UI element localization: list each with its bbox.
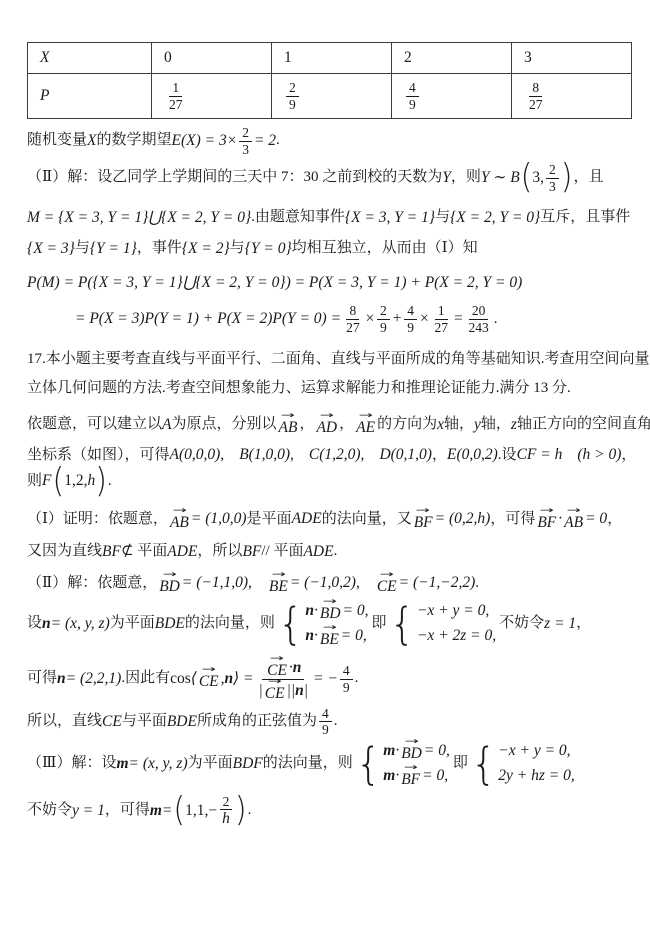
vector: →AE — [356, 414, 375, 436]
text-run: 立体几何问题的方法.考查空间想象能力、运算求解能力和推理论证能力.满分 13 分… — [27, 378, 571, 400]
math-run: = — [453, 308, 463, 330]
text-run: ，且 — [573, 167, 603, 189]
math-run: · — [395, 740, 399, 762]
math-run: · — [314, 625, 318, 647]
text-run: . — [334, 541, 338, 563]
text-run — [224, 445, 239, 467]
text-run: . — [276, 130, 280, 152]
fraction-numerator: 4 — [340, 663, 353, 680]
left-paren-icon: ( — [521, 164, 533, 193]
math-run: = (−1,0,2), — [290, 572, 360, 594]
vector-arrow-icon: → — [162, 573, 176, 578]
bold-math-run: n — [57, 668, 66, 690]
math-run: ADE — [303, 541, 333, 563]
upright-run: cos — [170, 668, 191, 690]
math-run: = (x, y, z) — [129, 753, 188, 775]
text-run — [562, 445, 577, 467]
text-line: 又因为直线 BF ⊄ 平面 ADE，所以 BF // 平面 ADE . — [27, 541, 630, 563]
vector: →BE — [320, 626, 339, 648]
math-run: BF — [102, 541, 121, 563]
math-run: = P(X = 3)P(Y = 1) + P(X = 2)P(Y = 0) = — [75, 308, 341, 330]
text-line: 可得 n = (2,2,1) .因此有 cos⟨→CE,n⟩ = →CE·n| … — [27, 657, 630, 702]
text-run: 为平面 — [110, 613, 155, 635]
vector-arrow-icon: → — [320, 414, 334, 419]
text-run: .设 — [498, 445, 517, 467]
fraction-numerator: 8 — [346, 303, 359, 320]
right-paren-icon: ) — [561, 164, 573, 193]
math-run: + — [392, 308, 402, 330]
text-line: M = {X = 3, Y = 1}⋃{X = 2, Y = 0}.由题意知事件… — [27, 207, 630, 229]
paren-group: (1,1,−2h) — [173, 794, 246, 828]
text-line: 立体几何问题的方法.考查空间想象能力、运算求解能力和推理论证能力.满分 13 分… — [27, 378, 630, 400]
text-line: 所以，直线 CE 与平面 BDE 所成角的正弦值为 49 . — [27, 706, 630, 738]
vector: →CE — [267, 657, 287, 679]
math-run: M = {X = 3, Y = 1}⋃{X = 2, Y = 0} — [27, 207, 251, 229]
math-run: = (1,0,0) — [191, 508, 247, 530]
text-run: 轴， — [444, 414, 474, 436]
fraction-denominator: 9 — [404, 320, 417, 336]
fraction-denominator: 3 — [546, 179, 559, 195]
math-run: ADE — [167, 541, 197, 563]
text-run: 不妨令 — [27, 800, 72, 822]
bold-math-run: m — [383, 740, 395, 762]
table-row-p: P 127 29 49 827 — [28, 74, 632, 119]
table-cell: X — [28, 43, 152, 74]
text-run: （Ⅰ）证明：依题意， — [27, 509, 168, 531]
math-run: CE — [102, 711, 122, 733]
text-run: . — [108, 471, 112, 493]
text-line: 17.本小题主要考查直线与平面平行、二面角、直线与平面所成的角等基础知识.考查用… — [27, 349, 630, 371]
fraction-denominator: 243 — [465, 320, 491, 336]
fraction-denominator: 9 — [319, 722, 332, 738]
bold-math-run: n — [305, 625, 314, 647]
math-run: CF = h — [517, 444, 563, 466]
fraction: 49 — [404, 303, 417, 335]
math-run: = (0,2,h) — [435, 508, 491, 530]
text-line: （Ⅰ）证明：依题意， →AB = (1,0,0) 是平面 ADE 的法向量，又→… — [27, 508, 630, 530]
math-run: · — [395, 765, 399, 787]
vector: →BD — [320, 600, 341, 622]
math-run: −x + y = 0, — [498, 740, 570, 762]
text-run: 设 — [27, 613, 42, 635]
math-run: | — [304, 682, 308, 700]
math-run: X — [87, 130, 96, 152]
vector-arrow-icon: → — [403, 766, 417, 771]
math-run: = (−1,−2,2) — [399, 572, 476, 594]
text-run: （Ⅱ）解：依题意， — [27, 573, 157, 595]
vector: →BF — [414, 509, 433, 531]
math-run: | — [259, 682, 263, 700]
fraction: 49 — [340, 663, 353, 695]
equation-row: m·→BF = 0, — [383, 765, 450, 787]
x-value: 3 — [524, 49, 532, 66]
math-run: BDF — [233, 753, 263, 775]
math-run: = 2 — [254, 130, 276, 152]
table-cell: P — [28, 74, 152, 119]
text-run: ， — [299, 414, 314, 436]
math-run: || — [287, 682, 296, 700]
text-line: （Ⅱ）解：依题意， →BD = (−1,1,0), →BE = (−1,0,2)… — [27, 572, 630, 594]
math-run: BDE — [167, 711, 197, 733]
fraction-numerator: 20 — [469, 303, 489, 320]
vector-name: BD — [401, 745, 422, 762]
text-line: 不妨令 y = 1，可得 m = (1,1,−2h) . — [27, 794, 630, 828]
solution-text: 随机变量 X 的数学期望E(X) = 3×23 = 2 .（Ⅱ）解：设乙同学上学… — [27, 125, 630, 828]
text-run: 与 — [435, 207, 450, 229]
math-run: A — [162, 414, 171, 436]
table-cell: 827 — [512, 74, 632, 119]
equation-row: −x + y = 0, — [417, 600, 496, 622]
math-run: {X = 2, Y = 0} — [450, 207, 540, 229]
equation-system: {m·→BD = 0,m·→BF = 0, — [356, 740, 450, 788]
left-paren-icon: ( — [52, 467, 64, 496]
paren-inner: 3,23 — [532, 162, 560, 194]
equation-system: {−x + y = 0,2y + hz = 0, — [471, 740, 575, 788]
vector: →AB — [279, 414, 298, 436]
math-run: ADE — [292, 508, 322, 530]
math-run: · — [314, 600, 318, 622]
text-run: 为平面 — [188, 753, 233, 775]
vector-name: CE — [265, 685, 285, 702]
equation-row: m·→BD = 0, — [383, 740, 450, 762]
text-run: 轴正方向的空间直角 — [517, 414, 650, 436]
math-run: BDE — [155, 613, 185, 635]
text-run: . — [334, 711, 338, 733]
bold-math-run: n — [225, 668, 234, 690]
math-run: = 0, — [343, 600, 369, 622]
right-paren-icon: ) — [95, 467, 107, 496]
text-run: 即 — [453, 753, 468, 775]
table-cell: 29 — [272, 74, 392, 119]
text-run: 不妨令 — [499, 613, 544, 635]
upright-run: 3, — [532, 167, 544, 189]
vector: →AB — [564, 509, 583, 531]
vector: →AB — [170, 509, 189, 531]
text-line: P(M) = P({X = 3, Y = 1}⋃{X = 2, Y = 0}) … — [27, 272, 630, 294]
vector-name: AD — [316, 419, 337, 436]
vector: →BD — [401, 740, 422, 762]
left-brace-icon: { — [356, 744, 381, 784]
document-page: X 0 1 2 3 P 127 29 49 827 随机变量 X 的数学期望E(… — [0, 0, 650, 828]
bold-math-run: m — [150, 800, 162, 822]
fraction: 49 — [406, 80, 419, 112]
math-run: = — [162, 800, 172, 822]
text-line: 坐标系（如图），可得 A(0,0,0), B(1,0,0), C(1,2,0),… — [27, 444, 630, 466]
vector-name: AE — [356, 419, 375, 436]
math-run: = (x, y, z) — [51, 613, 110, 635]
vector-name: CE — [377, 578, 397, 595]
text-run: 是平面 — [247, 509, 292, 531]
math-run: y — [474, 414, 481, 436]
paren-inner: 1,1,−2h — [185, 794, 235, 828]
vector: →CE — [199, 668, 219, 690]
math-run: z = 1 — [544, 613, 576, 635]
math-run: {Y = 0} — [245, 238, 292, 260]
vector-name: AB — [279, 419, 298, 436]
text-run: ， — [432, 445, 447, 467]
text-run: 可得 — [27, 668, 57, 690]
fraction: 827 — [526, 80, 546, 112]
text-run: 17.本小题主要考查直线与平面平行、二面角、直线与平面所成的角等基础知识.考查用… — [27, 349, 650, 371]
upright-run: 1,2, — [64, 470, 87, 492]
vector-name: BF — [414, 514, 433, 531]
vector-arrow-icon: → — [281, 414, 295, 419]
fraction: 127 — [431, 303, 451, 335]
text-run: ，可得 — [105, 800, 150, 822]
text-run: 则 — [27, 471, 42, 493]
vector: →BD — [159, 573, 180, 595]
x-value: 2 — [404, 49, 412, 66]
vector: →BF — [401, 766, 420, 788]
math-run: −x + 2z = 0, — [417, 625, 496, 647]
fraction: 49 — [319, 706, 332, 738]
math-run: = 0, — [422, 765, 448, 787]
text-run: 的方向为 — [377, 414, 437, 436]
vector-arrow-icon: → — [380, 573, 394, 578]
text-run — [364, 445, 379, 467]
math-run: B(1,0,0), — [239, 444, 294, 466]
text-run: （Ⅲ）解：设 — [27, 753, 116, 775]
text-run: 的数学期望 — [96, 130, 171, 152]
text-run: 依题意，可以建立以 — [27, 414, 162, 436]
vector: →BE — [269, 573, 288, 595]
text-run: ， — [621, 445, 636, 467]
text-line: （Ⅲ）解：设 m = (x, y, z) 为平面 BDF 的法向量，则{m·→B… — [27, 740, 630, 788]
vector-name: BD — [159, 578, 180, 595]
text-run: . — [355, 668, 359, 690]
left-brace-icon: { — [390, 604, 415, 644]
paren-group: (3,23) — [521, 162, 573, 194]
fraction: 20243 — [465, 303, 491, 335]
vector-name: AB — [170, 514, 189, 531]
text-run: 为原点，分别以 — [171, 414, 276, 436]
table-cell: 3 — [512, 43, 632, 74]
vector-name: BE — [269, 578, 288, 595]
vector-arrow-icon: → — [416, 509, 430, 514]
math-run: D(0,1,0) — [379, 444, 432, 466]
text-run: ， — [576, 613, 591, 635]
math-run: {Y = 1} — [90, 238, 137, 260]
math-run: x — [437, 414, 444, 436]
text-run: 的法向量，又 — [322, 509, 412, 531]
right-paren-icon: ) — [235, 797, 247, 826]
equation-row: 2y + hz = 0, — [498, 765, 574, 787]
fraction-denominator: 27 — [343, 320, 363, 336]
text-run: 与 — [75, 238, 90, 260]
vector: →BF — [537, 509, 556, 531]
fraction-denominator: 3 — [239, 142, 252, 158]
fraction-numerator: 2 — [377, 303, 390, 320]
text-run: ⊄ 平面 — [121, 541, 167, 563]
vector-arrow-icon: → — [172, 509, 186, 514]
fraction: 29 — [286, 80, 299, 112]
vector-name: CE — [199, 673, 219, 690]
fraction-denominator: 9 — [340, 680, 353, 696]
math-run: ⟩ = — [233, 668, 253, 690]
math-run: {X = 3} — [27, 238, 75, 260]
fraction-numerator: 2 — [220, 794, 233, 811]
text-run: ，可得 — [490, 509, 535, 531]
vector-arrow-icon: → — [404, 740, 418, 745]
text-run: 的法向量，则 — [185, 613, 275, 635]
vector-arrow-icon: → — [566, 509, 580, 514]
math-run: E(0,0,2) — [447, 444, 498, 466]
fraction-numerator: 1 — [435, 303, 448, 320]
math-run: BF — [242, 541, 261, 563]
bold-math-run: n — [293, 659, 302, 677]
text-run: 的法向量，则 — [263, 753, 353, 775]
p-label: P — [40, 87, 49, 104]
text-run: 均相互独立，从而由（Ⅰ）知 — [292, 238, 478, 260]
fraction: 23 — [239, 125, 252, 157]
math-run: 2y + hz = 0, — [498, 765, 574, 787]
math-run: h — [222, 810, 230, 828]
text-run: ，所以 — [197, 541, 242, 563]
text-run: 轴， — [481, 414, 511, 436]
text-run: 所以，直线 — [27, 711, 102, 733]
fraction: 29 — [377, 303, 390, 335]
fraction-denominator: h — [219, 810, 233, 828]
equation-rows: −x + y = 0,2y + hz = 0, — [498, 740, 574, 788]
math-run: Y — [442, 167, 451, 189]
text-run — [294, 445, 309, 467]
text-run — [360, 573, 375, 595]
math-run: h — [87, 470, 95, 492]
x-value: 1 — [284, 49, 292, 66]
equation-row: −x + y = 0, — [498, 740, 574, 762]
text-run: 即 — [372, 613, 387, 635]
bold-math-run: m — [383, 765, 395, 787]
math-run: ⟨ — [191, 668, 197, 690]
bold-math-run: n — [295, 682, 304, 700]
math-run: −x + y = 0, — [417, 600, 489, 622]
bold-math-run: n — [305, 600, 314, 622]
text-run: // 平面 — [261, 541, 303, 563]
text-run: （Ⅱ）解：设乙同学上学期间的三天中 7：30 之前到校的天数为 — [27, 167, 442, 189]
math-run: P(M) = P({X = 3, Y = 1}⋃{X = 2, Y = 0}) … — [27, 272, 522, 294]
equation-rows: n·→BD = 0,n·→BE = 0, — [305, 600, 368, 648]
text-run: . — [475, 573, 479, 595]
equation-row: n·→BE = 0, — [305, 625, 368, 647]
table-row-x: X 0 1 2 3 — [28, 43, 632, 74]
vector-arrow-icon: → — [268, 680, 282, 685]
math-run: × — [365, 308, 375, 330]
paren-group: (1,2,h) — [52, 469, 106, 495]
text-run: 随机变量 — [27, 130, 87, 152]
math-run: {X = 3, Y = 1} — [345, 207, 435, 229]
fraction-denominator: | →CE || n | — [256, 680, 312, 702]
text-run: ，事件 — [137, 238, 182, 260]
paren-inner: 1,2,h — [64, 470, 95, 492]
text-line: 随机变量 X 的数学期望E(X) = 3×23 = 2 . — [27, 125, 630, 157]
text-run: ， — [607, 509, 622, 531]
text-run: ，则 — [451, 167, 481, 189]
text-run: . — [248, 800, 252, 822]
text-run — [252, 573, 267, 595]
math-run: Y ∼ B — [481, 167, 520, 189]
text-run: ， — [339, 414, 354, 436]
vector-name: BF — [401, 771, 420, 788]
math-run: y = 1 — [72, 800, 105, 822]
vector-arrow-icon: → — [540, 509, 554, 514]
bold-math-run: n — [42, 613, 51, 635]
left-brace-icon: { — [471, 744, 496, 784]
math-run: E(X) = 3× — [172, 130, 238, 152]
table-cell: 0 — [152, 43, 272, 74]
vector-name: BD — [320, 605, 341, 622]
math-run: × — [419, 308, 429, 330]
fraction-numerator: 2 — [239, 125, 252, 142]
math-run: = 0, — [424, 740, 450, 762]
vector-arrow-icon: → — [271, 573, 285, 578]
text-run: 与平面 — [122, 711, 167, 733]
text-line: 依题意，可以建立以 A 为原点，分别以 →AB，→AD，→AE 的方向为 x 轴… — [27, 414, 630, 436]
equation-system: {−x + y = 0,−x + 2z = 0, — [390, 600, 497, 648]
math-run: {X = 2} — [182, 238, 230, 260]
fraction: 2h — [219, 794, 233, 828]
vector-arrow-icon: → — [358, 414, 372, 419]
fraction-denominator: 27 — [431, 320, 451, 336]
vector-arrow-icon: → — [322, 626, 336, 631]
table-cell: 127 — [152, 74, 272, 119]
text-run: 与 — [230, 238, 245, 260]
math-run: F — [42, 470, 51, 492]
bold-math-run: m — [116, 753, 128, 775]
vector-name: BE — [320, 631, 339, 648]
upright-run: 1,1,− — [185, 800, 217, 822]
text-line: {X = 3} 与 {Y = 1}，事件{X = 2} 与 {Y = 0} 均相… — [27, 238, 630, 260]
text-run: 又因为直线 — [27, 541, 102, 563]
vector-name: BF — [537, 514, 556, 531]
table-cell: 49 — [392, 74, 512, 119]
text-run: 所成角的正弦值为 — [197, 711, 317, 733]
equation-rows: m·→BD = 0,m·→BF = 0, — [383, 740, 450, 788]
math-run: A(0,0,0), — [170, 444, 225, 466]
fraction-numerator: 2 — [546, 162, 559, 179]
vector: →CE — [265, 680, 285, 702]
vector: →CE — [377, 573, 397, 595]
text-run: .由题意知事件 — [251, 207, 345, 229]
math-run: C(1,2,0), — [309, 444, 365, 466]
x-value: 0 — [164, 49, 172, 66]
left-brace-icon: { — [278, 604, 303, 644]
text-line: （Ⅱ）解：设乙同学上学期间的三天中 7：30 之前到校的天数为 Y，则 Y ∼ … — [27, 162, 630, 194]
math-run: = 0, — [341, 625, 367, 647]
vector-name: AB — [564, 514, 583, 531]
math-run: = (2,2,1) — [66, 668, 122, 690]
math-run: (h > 0) — [577, 444, 621, 466]
fraction-numerator: 4 — [319, 706, 332, 723]
text-line: = P(X = 3)P(Y = 1) + P(X = 2)P(Y = 0) = … — [75, 303, 630, 335]
x-label: X — [40, 49, 49, 66]
math-run: = 0 — [585, 508, 607, 530]
text-line: 则 F(1,2,h) . — [27, 469, 630, 495]
math-run: = (−1,1,0), — [182, 572, 252, 594]
fraction: →CE·n| →CE || n | — [256, 657, 312, 702]
equation-system: {n·→BD = 0,n·→BE = 0, — [278, 600, 369, 648]
fraction-denominator: 9 — [377, 320, 390, 336]
vector-arrow-icon: → — [202, 668, 216, 673]
fraction: 127 — [166, 80, 186, 112]
text-run: 互斥，且事件 — [540, 207, 630, 229]
math-run: = − — [313, 668, 338, 690]
distribution-table: X 0 1 2 3 P 127 29 49 827 — [27, 42, 632, 119]
equation-row: −x + 2z = 0, — [417, 625, 496, 647]
text-line: 设 n = (x, y, z) 为平面 BDE 的法向量，则{n·→BD = 0… — [27, 600, 630, 648]
left-paren-icon: ( — [173, 797, 185, 826]
equation-rows: −x + y = 0,−x + 2z = 0, — [417, 600, 496, 648]
fraction: 827 — [343, 303, 363, 335]
